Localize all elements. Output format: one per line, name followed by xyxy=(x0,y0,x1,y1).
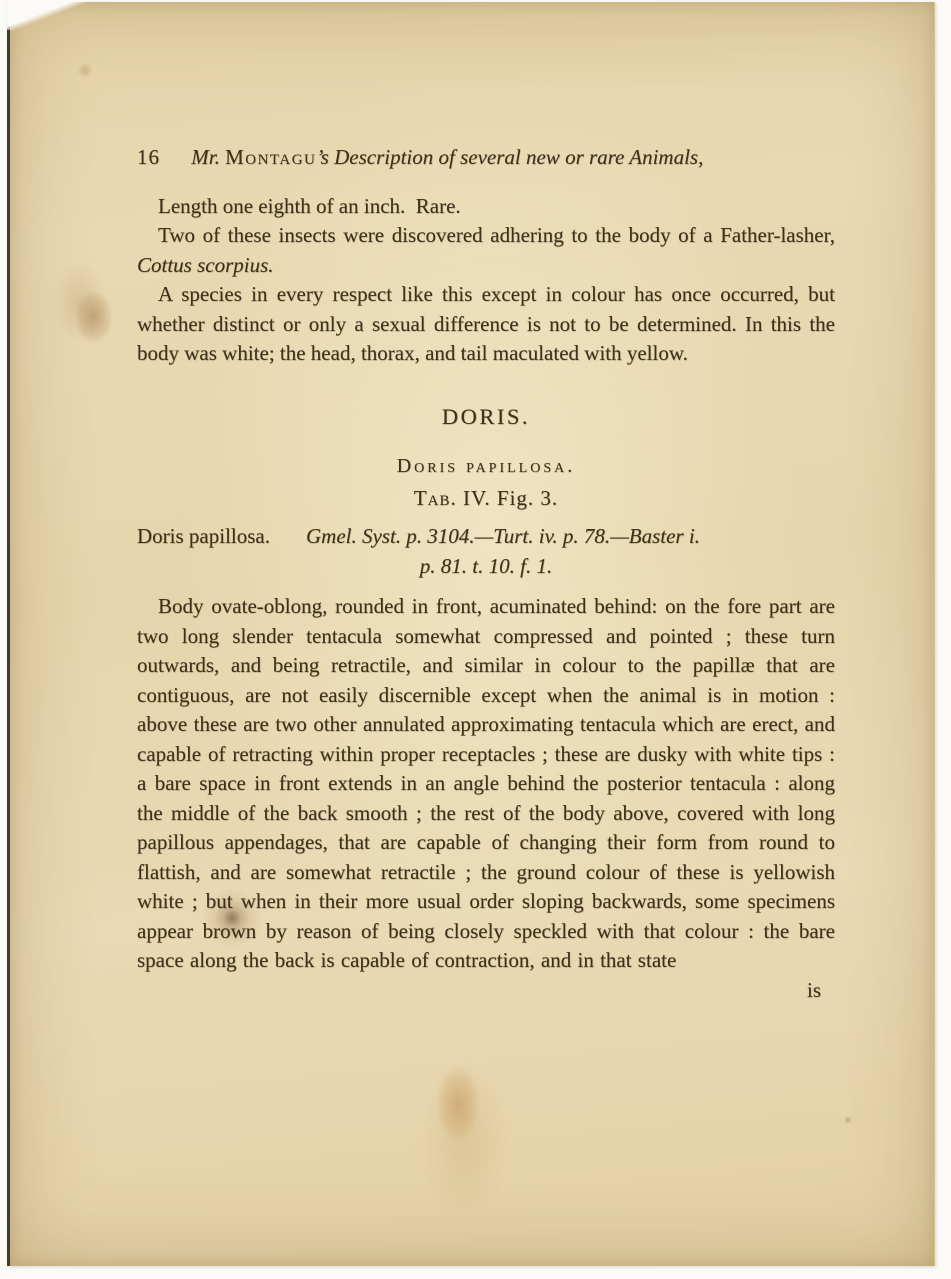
page-content: 16 Mr. Montagu’s Description of several … xyxy=(137,143,835,1005)
synonymy-species-name: Doris papillosa. xyxy=(137,524,270,548)
running-header-possessive: ’s xyxy=(316,145,328,169)
paragraph-two-insects: Two of these insects were discovered adh… xyxy=(137,221,835,280)
catchword: is xyxy=(137,976,835,1006)
plate-reference: Tab. IV. Fig. 3. xyxy=(137,484,835,514)
scan-corner-highlight xyxy=(7,0,85,30)
species-heading: Doris papillosa. xyxy=(137,453,835,479)
paragraph-length-rare: Length one eighth of an inch. Rare. xyxy=(137,192,835,222)
synonymy-line-1: Doris papillosa.Gmel. Syst. p. 3104.—Tur… xyxy=(137,522,835,552)
page-number: 16 xyxy=(137,143,160,173)
description-paragraph: Body ovate-oblong, rounded in front, acu… xyxy=(137,592,835,976)
synonymy-references-continued: p. 81. t. 10. f. 1. xyxy=(420,554,552,578)
book-page: 16 Mr. Montagu’s Description of several … xyxy=(7,2,935,1266)
paragraph-colour-variant: A species in every respect like this exc… xyxy=(137,280,835,369)
paragraph-two-insects-text: Two of these insects were discovered adh… xyxy=(158,223,835,247)
synonymy-line-2: p. 81. t. 10. f. 1. xyxy=(137,552,835,582)
plate-reference-figure: IV. Fig. 3. xyxy=(457,486,558,510)
running-header-author: Montagu xyxy=(225,145,316,169)
species-name-cottus: Cottus scorpius. xyxy=(137,253,274,277)
synonymy-references: Gmel. Syst. p. 3104.—Turt. iv. p. 78.—Ba… xyxy=(306,524,700,548)
plate-reference-tab: Tab. xyxy=(414,486,457,510)
genus-heading: DORIS. xyxy=(137,402,835,432)
running-header-title: Description of several new or rare Anima… xyxy=(334,145,703,169)
running-header-prefix: Mr. xyxy=(191,145,220,169)
running-header: 16 Mr. Montagu’s Description of several … xyxy=(137,143,835,173)
scanned-page: 16 Mr. Montagu’s Description of several … xyxy=(0,0,951,1279)
